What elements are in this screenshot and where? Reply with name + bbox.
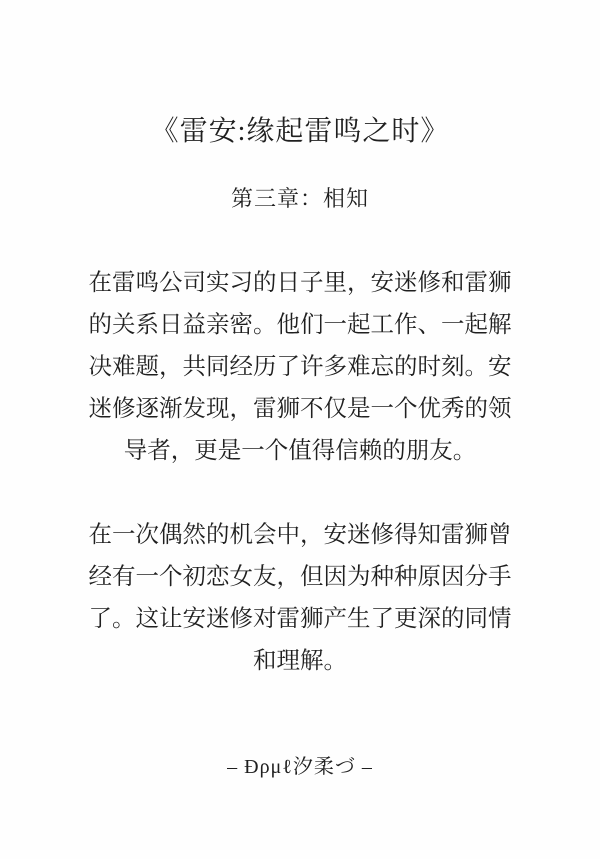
chapter-heading: 第三章：相知 (0, 184, 600, 214)
book-title: 《雷安:缘起雷鸣之时》 (0, 112, 600, 152)
document-page: 《雷安:缘起雷鸣之时》 第三章：相知 在雷鸣公司实习的日子里，安迷修和雷狮 的关… (0, 0, 600, 859)
paragraph-2-line-4: 和理解。 (70, 640, 530, 682)
paragraph-1-line-4: 迷修逐渐发现，雷狮不仅是一个优秀的领 (70, 388, 530, 430)
paragraph-2: 在一次偶然的机会中，安迷修得知雷狮曾 经有一个初恋女友，但因为种种原因分手 了。… (70, 514, 530, 682)
author-signature: – Ɖρμℓ汐柔づ – (0, 754, 600, 780)
paragraph-2-line-3: 了。这让安迷修对雷狮产生了更深的同情 (70, 598, 530, 640)
paragraph-1-line-1: 在雷鸣公司实习的日子里，安迷修和雷狮 (70, 262, 530, 304)
paragraph-2-line-1: 在一次偶然的机会中，安迷修得知雷狮曾 (70, 514, 530, 556)
paragraph-1: 在雷鸣公司实习的日子里，安迷修和雷狮 的关系日益亲密。他们一起工作、一起解 决难… (70, 262, 530, 472)
paragraph-1-line-3: 决难题，共同经历了许多难忘的时刻。安 (70, 346, 530, 388)
paragraph-1-line-2: 的关系日益亲密。他们一起工作、一起解 (70, 304, 530, 346)
paragraph-1-line-5: 导者，更是一个值得信赖的朋友。 (70, 430, 530, 472)
paragraph-2-line-2: 经有一个初恋女友，但因为种种原因分手 (70, 556, 530, 598)
